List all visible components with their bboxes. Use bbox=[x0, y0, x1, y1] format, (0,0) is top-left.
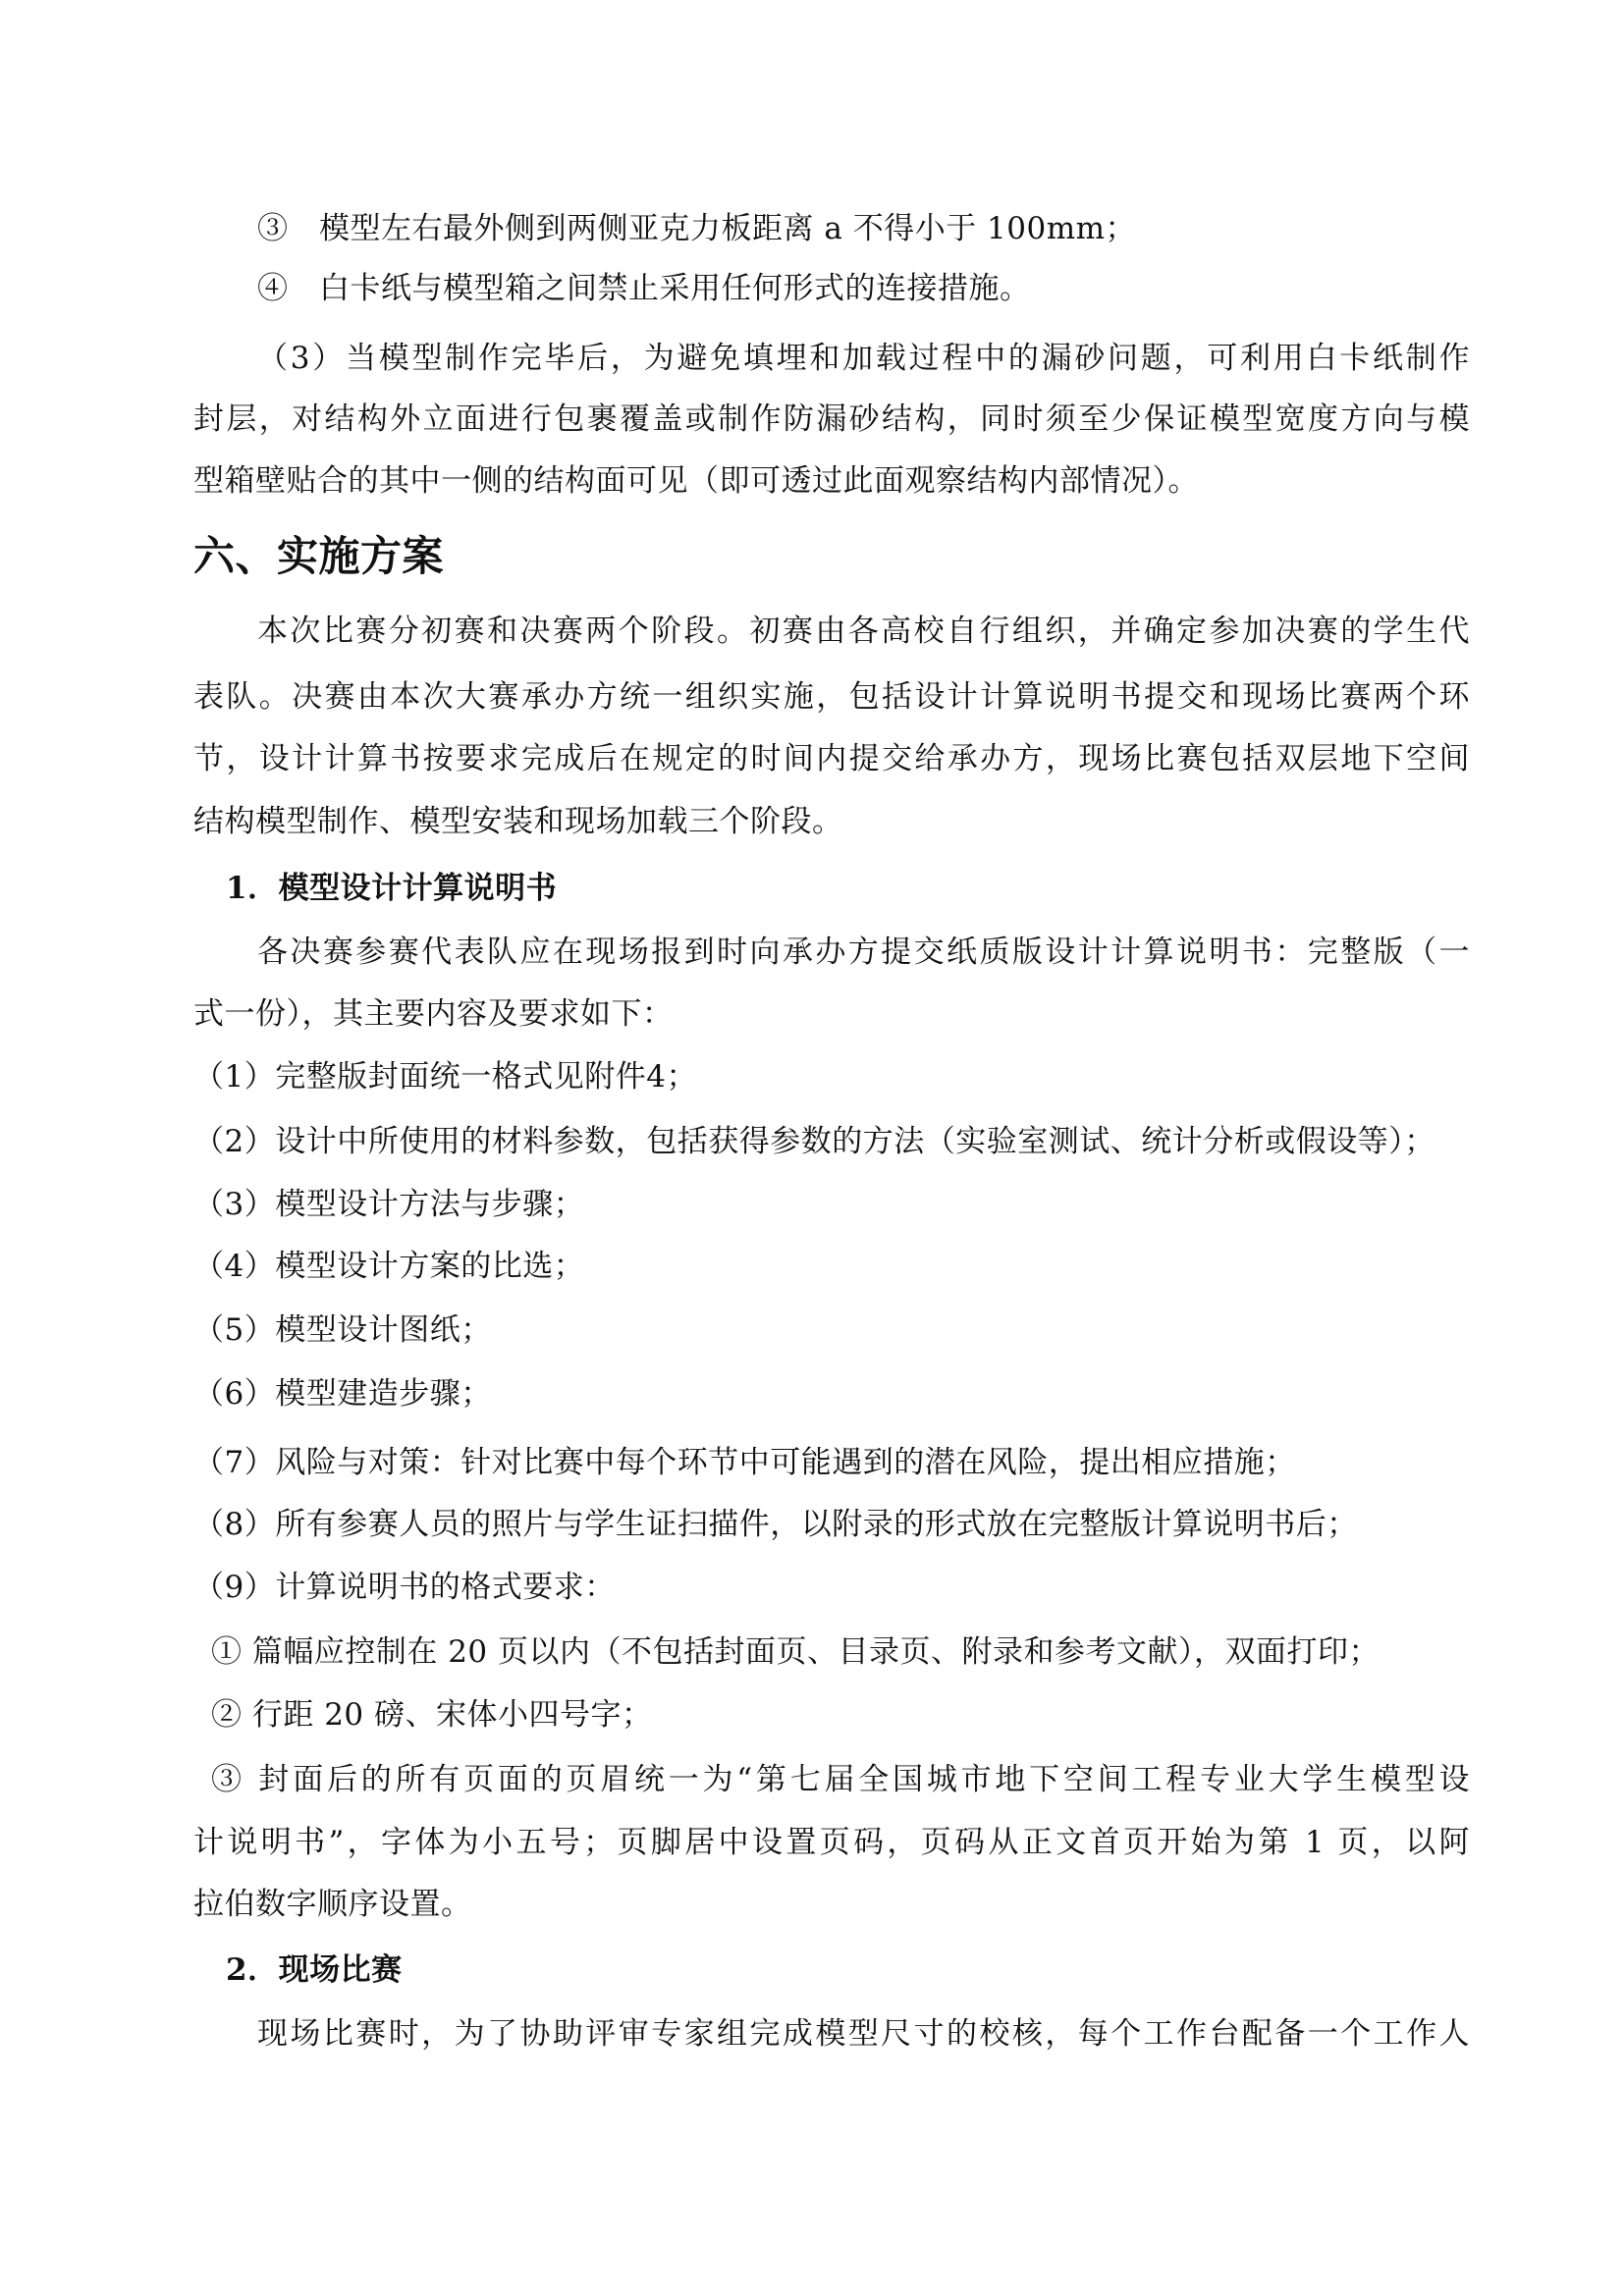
list-item: （4）模型设计方案的比选； bbox=[193, 1247, 1470, 1286]
paragraph-line: 节，设计计算书按要求完成后在规定的时间内提交给承办方，现场比赛包括双层地下空间 bbox=[193, 739, 1470, 778]
list-item: （1）完整版封面统一格式见附件4； bbox=[193, 1057, 1470, 1096]
paragraph-line: 现场比赛时，为了协助评审专家组完成模型尺寸的校核，每个工作台配备一个工作人 bbox=[257, 2014, 1470, 2054]
list-item: （9）计算说明书的格式要求： bbox=[193, 1568, 1470, 1607]
format-item: 计说明书”，字体为小五号；页脚居中设置页码，页码从正文首页开始为第 1 页，以阿 bbox=[193, 1823, 1470, 1862]
format-item: ① 篇幅应控制在 20 页以内（不包括封面页、目录页、附录和参考文献），双面打印… bbox=[211, 1632, 1488, 1672]
list-item: （6）模型建造步骤； bbox=[193, 1374, 1470, 1414]
list-item: ④ 白卡纸与模型箱之间禁止采用任何形式的连接措施。 bbox=[257, 269, 1534, 308]
paragraph-line: 式一份），其主要内容及要求如下： bbox=[193, 994, 1470, 1034]
paragraph-line: 结构模型制作、模型安装和现场加载三个阶段。 bbox=[193, 802, 1470, 841]
format-item: ③ 封面后的所有页面的页眉统一为“第七届全国城市地下空间工程专业大学生模型设 bbox=[211, 1760, 1470, 1799]
list-item: ③ 模型左右最外侧到两侧亚克力板距离 a 不得小于 100mm； bbox=[257, 209, 1534, 248]
paragraph-line: 封层，对结构外立面进行包裹覆盖或制作防漏砂结构，同时须至少保证模型宽度方向与模 bbox=[193, 400, 1470, 439]
section-heading: 六、实施方案 bbox=[193, 532, 1470, 581]
paragraph-line: （3）当模型制作完毕后，为避免填埋和加载过程中的漏砂问题，可利用白卡纸制作 bbox=[257, 339, 1470, 378]
format-item: ② 行距 20 磅、宋体小四号字； bbox=[211, 1695, 1488, 1735]
list-item: （8）所有参赛人员的照片与学生证扫描件，以附录的形式放在完整版计算说明书后； bbox=[193, 1505, 1470, 1544]
subsection-heading: 1．模型设计计算说明书 bbox=[226, 869, 1502, 908]
subsection-heading: 2．现场比赛 bbox=[226, 1950, 1502, 1990]
list-item: （3）模型设计方法与步骤； bbox=[193, 1185, 1470, 1224]
list-item: （7）风险与对策：针对比赛中每个环节中可能遇到的潜在风险，提出相应措施； bbox=[193, 1443, 1470, 1482]
paragraph-line: 本次比赛分初赛和决赛两个阶段。初赛由各高校自行组织，并确定参加决赛的学生代 bbox=[257, 612, 1470, 651]
paragraph-line: 表队。决赛由本次大赛承办方统一组织实施，包括设计计算说明书提交和现场比赛两个环 bbox=[193, 677, 1470, 717]
list-item: （2）设计中所使用的材料参数，包括获得参数的方法（实验室测试、统计分析或假设等）… bbox=[193, 1122, 1470, 1161]
list-item: （5）模型设计图纸； bbox=[193, 1310, 1470, 1350]
paragraph-line: 型箱壁贴合的其中一侧的结构面可见（即可透过此面观察结构内部情况）。 bbox=[193, 461, 1470, 501]
paragraph-line: 各决赛参赛代表队应在现场报到时向承办方提交纸质版设计计算说明书：完整版（一 bbox=[257, 933, 1470, 972]
format-item: 拉伯数字顺序设置。 bbox=[193, 1885, 1470, 1924]
